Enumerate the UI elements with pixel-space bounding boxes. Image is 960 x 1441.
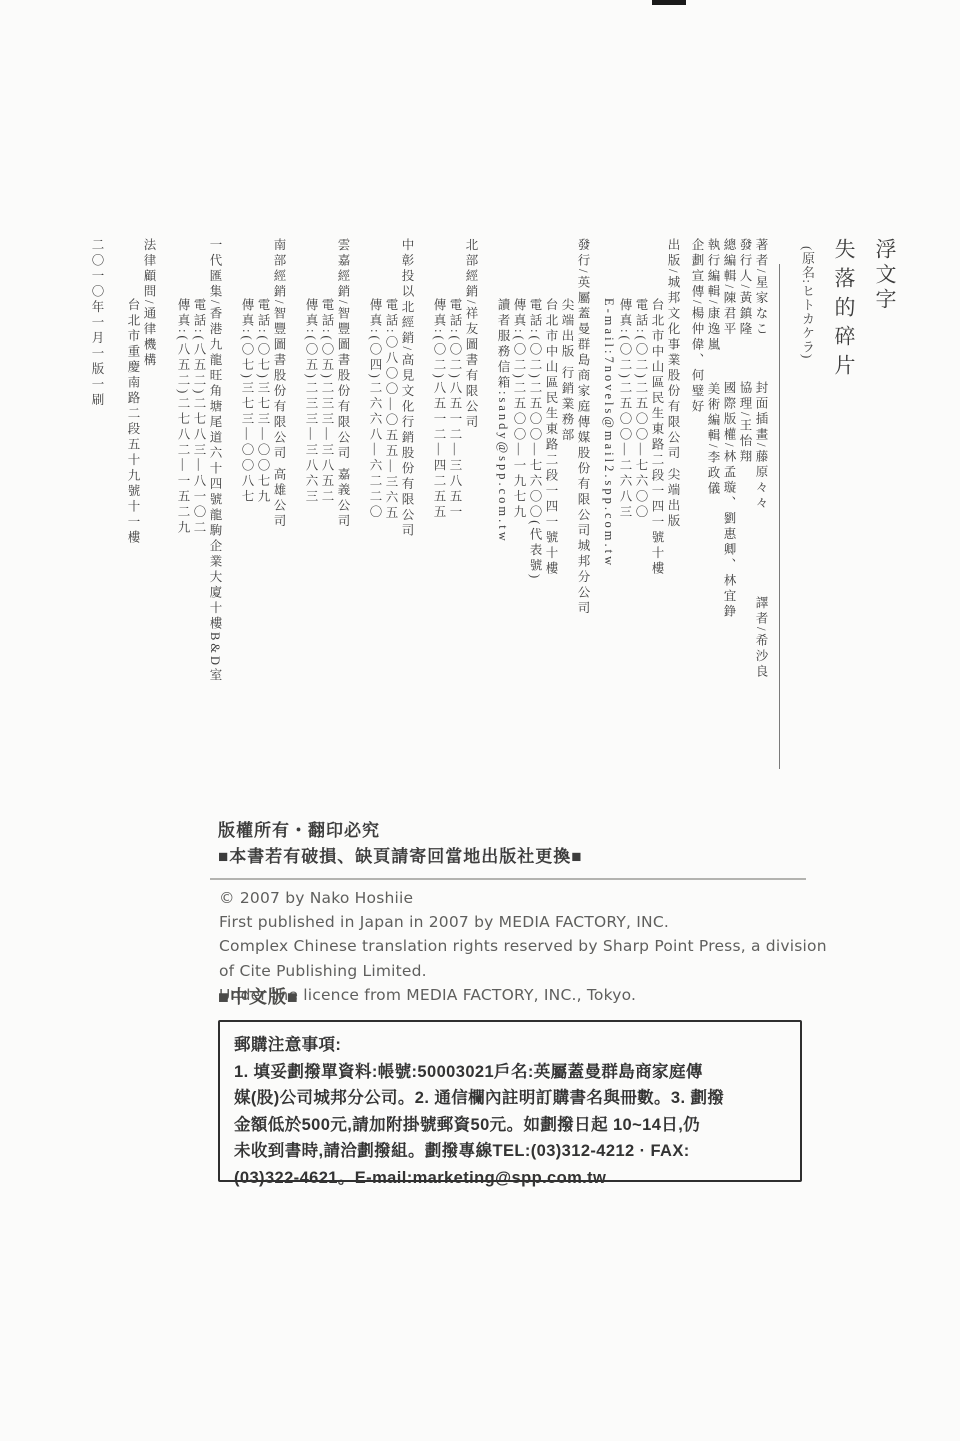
english-line: First published in Japan in 2007 by MEDI…: [219, 910, 827, 934]
colophon-segment: 電話:(〇二)二五〇〇—七六〇〇: [633, 298, 649, 520]
mail-order-line: 金額低於500元,請加附掛號郵資50元。如劃撥日起 10~14日,仍: [234, 1112, 786, 1139]
colophon-line: 尖端出版 行銷業務部: [559, 238, 575, 803]
colophon-line: 台北市中山區民生東路二段一四一號十樓: [649, 238, 665, 803]
colophon-segment: 封面插畫/藤原々々: [753, 381, 769, 511]
mail-order-line: (03)322-4621。E-mail:marketing@spp.com.tw: [234, 1165, 786, 1192]
colophon-segment: 台北市重慶南路二段五十九號十一樓: [125, 298, 141, 546]
colophon-line: 出版/城邦文化事業股份有限公司 尖端出版: [665, 238, 681, 803]
colophon-columns: 著者/星家なこ封面插畫/藤原々々譯者/希沙良發行人/黃鎮隆協理/王怡翔總編輯/陳…: [89, 238, 769, 803]
colophon-line: 法律顧問/通律機構: [141, 238, 157, 803]
colophon-line: 電話:(〇二)八五一二—三八五一: [447, 238, 463, 803]
colophon-line: 台北市重慶南路二段五十九號十一樓: [125, 238, 141, 803]
colophon-segment: 傳真:(〇二)二五〇〇—一九七九: [511, 298, 527, 520]
mail-order-line: 1. 填妥劃撥單資料:帳號:50003021戶名:英屬蓋曼群島商家庭傳: [234, 1059, 786, 1086]
colophon-segment: 台北市中山區民生東路二段一四一號十樓: [543, 298, 559, 577]
return-notice: ■本書若有破損、缺頁請寄回當地出版社更換■: [218, 842, 583, 867]
colophon-segment: 傳真:(〇四)二六六八—六二二〇: [367, 298, 383, 520]
colophon-segment: 電話:(〇七)三七三—〇〇七九: [255, 298, 271, 505]
colophon-line: 企劃宣傳/楊仲偉、何璧好: [689, 238, 705, 803]
colophon-segment: 雲嘉經銷/智豐圖書股份有限公司 嘉義公司: [335, 238, 351, 530]
colophon-line: 中彰投以北經銷/高見文化行銷股份有限公司: [399, 238, 415, 803]
colophon-segment: 發行/英屬蓋曼群島商家庭傳媒股份有限公司城邦分公司: [575, 238, 591, 616]
colophon-line: 執行編輯/康逸嵐美術編輯/李政儀: [705, 238, 721, 803]
colophon-line: 電話:(〇二)二五〇〇—七六〇〇: [633, 238, 649, 803]
colophon-segment: 二〇一〇年一月一版一刷: [89, 238, 105, 409]
english-line: Complex Chinese translation rights reser…: [219, 934, 827, 958]
colophon-segment: 一代匯集/香港九龍旺角塘尾道六十四號龍駒企業大廈十樓B&D室: [207, 238, 223, 684]
colophon-segment: 美術編輯/李政儀: [705, 382, 721, 497]
english-line: Under the licence from MEDIA FACTORY, IN…: [219, 983, 827, 1007]
copyright-notice: 版權所有・翻印必究: [218, 816, 380, 841]
colophon-segment: 電話:(〇二)二五〇〇—七六〇〇(代表號): [527, 298, 543, 581]
colophon-segment: 電話:(〇五)二三三—三八五二: [319, 298, 335, 505]
edition-label: ■中文版■: [218, 983, 299, 1009]
english-line: © 2007 by Nako Hoshiie: [219, 886, 827, 910]
colophon-line: 電話:(〇二)二五〇〇—七六〇〇(代表號): [527, 238, 543, 803]
colophon-segment: 傳真:(〇二)二五〇〇—二六八三: [617, 298, 633, 520]
section-divider-rule: [210, 878, 806, 880]
colophon-line: 總編輯/陳君平國際版權/林孟璇、劉惠卿、林宜錚: [721, 238, 737, 803]
mail-order-box: 郵購注意事項: 1. 填妥劃撥單資料:帳號:50003021戶名:英屬蓋曼群島商…: [218, 1020, 802, 1182]
colophon-segment: 南部經銷/智豐圖書股份有限公司 高雄公司: [271, 238, 287, 530]
colophon-line: 讀者服務信箱:sandy@spp.com.tw: [495, 238, 511, 803]
colophon-line: 雲嘉經銷/智豐圖書股份有限公司 嘉義公司: [335, 238, 351, 803]
colophon-segment: 傳真:(〇二)八五一二—四二五五: [431, 298, 447, 520]
book-title: 失落的碎片: [828, 238, 860, 803]
colophon-line: 二〇一〇年一月一版一刷: [89, 238, 105, 803]
title-divider-rule: [779, 264, 780, 769]
mail-order-body: 1. 填妥劃撥單資料:帳號:50003021戶名:英屬蓋曼群島商家庭傳媒(股)公…: [234, 1059, 786, 1192]
book-imprint: 浮文字: [870, 238, 900, 803]
mail-order-line: 未收到書時,請洽劃撥組。劃撥專線TEL:(03)312-4212 · FAX:: [234, 1138, 786, 1165]
colophon-segment: 國際版權/林孟璇、劉惠卿、林宜錚: [721, 381, 737, 620]
colophon-segment: 譯者/希沙良: [753, 596, 769, 680]
colophon-segment: 出版/城邦文化事業股份有限公司 尖端出版: [665, 238, 681, 530]
colophon-page: 浮文字 失落的碎片 (原名:ヒトカケラ) 著者/星家なこ封面插畫/藤原々々譯者/…: [0, 0, 960, 1441]
colophon-line: 電話:(八五二)二七八三—八一〇二: [191, 238, 207, 803]
colophon-line: 傳真:(〇四)二六六八—六二二〇: [367, 238, 383, 803]
colophon-line: 發行/英屬蓋曼群島商家庭傳媒股份有限公司城邦分公司: [575, 238, 591, 803]
colophon-line: 台北市中山區民生東路二段一四一號十樓: [543, 238, 559, 803]
colophon-line: 傳真:(〇二)八五一二—四二五五: [431, 238, 447, 803]
colophon-segment: 著者/星家なこ: [753, 238, 769, 337]
colophon-line: 傳真:(〇七)三七三—〇〇八七: [239, 238, 255, 803]
english-copyright-block: © 2007 by Nako HoshiieFirst published in…: [219, 886, 827, 1007]
colophon-segment: 傳真:(〇五)二三三—三八六三: [303, 298, 319, 505]
vertical-colophon: 浮文字 失落的碎片 (原名:ヒトカケラ) 著者/星家なこ封面插畫/藤原々々譯者/…: [30, 238, 900, 803]
mail-order-line: 媒(股)公司城邦分公司。2. 通信欄內註明訂購書名與冊數。3. 劃撥: [234, 1085, 786, 1112]
colophon-segment: 傳真:(〇七)三七三—〇〇八七: [239, 298, 255, 505]
colophon-segment: 執行編輯/康逸嵐: [705, 238, 721, 353]
colophon-segment: 北部經銷/祥友圖書有限公司: [463, 238, 479, 430]
colophon-segment: 法律顧問/通律機構: [141, 238, 157, 368]
colophon-line: 傳真:(八五二)二七八二—一五二九: [175, 238, 191, 803]
colophon-line: E-mail:7novels@mail2.spp.com.tw: [601, 238, 617, 803]
book-original-title: (原名:ヒトカケラ): [796, 238, 818, 803]
colophon-segment: 中彰投以北經銷/高見文化行銷股份有限公司: [399, 238, 415, 539]
colophon-line: 電話:〇八〇〇—〇五五—三六五: [383, 238, 399, 803]
colophon-line: 北部經銷/祥友圖書有限公司: [463, 238, 479, 803]
colophon-segment: 讀者服務信箱:sandy@spp.com.tw: [495, 298, 511, 544]
colophon-segment: 企劃宣傳/楊仲偉、何璧好: [689, 238, 705, 415]
colophon-segment: 發行人/黃鎮隆: [737, 238, 753, 337]
colophon-line: 一代匯集/香港九龍旺角塘尾道六十四號龍駒企業大廈十樓B&D室: [207, 238, 223, 803]
colophon-segment: 協理/王怡翔: [737, 381, 753, 465]
mail-order-heading: 郵購注意事項:: [234, 1032, 786, 1059]
colophon-line: 傳真:(〇五)二三三—三八六三: [303, 238, 319, 803]
colophon-segment: E-mail:7novels@mail2.spp.com.tw: [601, 298, 617, 568]
english-line: of Cite Publishing Limited.: [219, 959, 827, 983]
colophon-segment: 電話:(八五二)二七八三—八一〇二: [191, 298, 207, 536]
colophon-line: 發行人/黃鎮隆協理/王怡翔: [737, 238, 753, 803]
colophon-segment: 尖端出版 行銷業務部: [559, 298, 575, 444]
colophon-line: 著者/星家なこ封面插畫/藤原々々譯者/希沙良: [753, 238, 769, 803]
colophon-line: 南部經銷/智豐圖書股份有限公司 高雄公司: [271, 238, 287, 803]
colophon-line: 電話:(〇五)二三三—三八五二: [319, 238, 335, 803]
colophon-segment: 總編輯/陳君平: [721, 238, 737, 337]
colophon-line: 傳真:(〇二)二五〇〇—二六八三: [617, 238, 633, 803]
print-registration-mark: [652, 0, 686, 5]
colophon-segment: 電話:(〇二)八五一二—三八五一: [447, 298, 463, 520]
colophon-segment: 傳真:(八五二)二七八二—一五二九: [175, 298, 191, 536]
colophon-segment: 台北市中山區民生東路二段一四一號十樓: [649, 298, 665, 577]
colophon-line: 電話:(〇七)三七三—〇〇七九: [255, 238, 271, 803]
colophon-line: 傳真:(〇二)二五〇〇—一九七九: [511, 238, 527, 803]
colophon-segment: 電話:〇八〇〇—〇五五—三六五: [383, 298, 399, 521]
